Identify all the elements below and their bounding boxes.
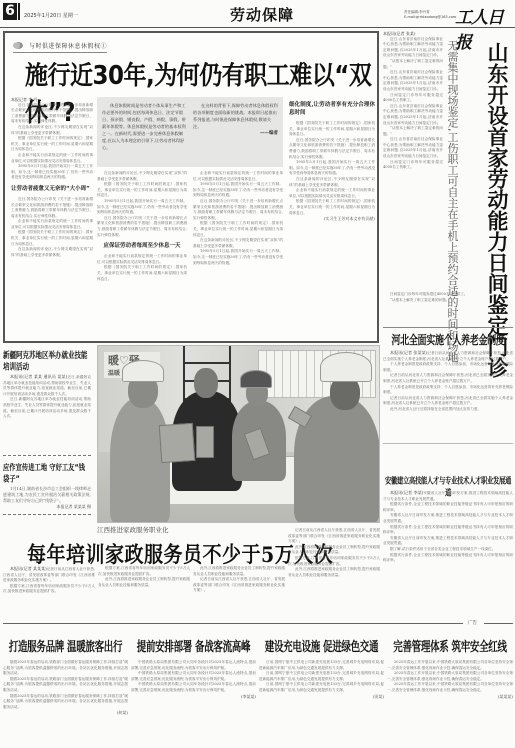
jiangxi-column-2: 根据方案,江西省将每年培训家政服务员不少于5万人次,加快推进家政服务业提质扩容。… <box>98 566 190 610</box>
feature-column-1: 本报记者 李 丹 近日,国务院办公厅印发《关于进一步培育新增长点繁荣文化和旅游消… <box>11 97 93 341</box>
masthead: 6 2025年1月20日 星期一 劳动保障 责任编辑:李丹青 E-mail:gr… <box>0 0 515 28</box>
helmet-icon <box>240 370 272 388</box>
feature-credit: (实习生王芳对本文亦有贡献) <box>289 216 375 222</box>
jiangxi-column-1: 本报讯(记者 某某某)记者日前从江西省人社厅获悉,江西省人社厅、省发展改革委等部… <box>3 566 95 610</box>
series-tag: 与时俱进保障休息休假权① <box>13 41 107 53</box>
page-number: 6 <box>3 3 17 20</box>
editors-note: 休息休假时间是劳动者个体从事生产和工作必要外的时间,包括每周休息日、法定节假日、… <box>97 97 283 167</box>
news-photo: 暖♡驿 温暖 <box>97 345 380 523</box>
editors-note-right: 在这样的背景下,保障劳动者休息休假权利的各项制度也面临新的挑战。本报即日起推出系… <box>193 102 278 130</box>
helmet-icon <box>122 360 164 382</box>
bottom-headline-4: 完善管理体系 筑牢安全红线 <box>387 636 513 655</box>
xinjiang-body: 本报讯(记者 某某 通讯员 某某)近日,新疆阿克苏地区举办就业技能培训活动,帮助… <box>3 374 91 462</box>
anhui-article-body: 本报讯(记者 李某)安徽省人社厅日前印发方案,推进工程技术领域高技能人才与专业技… <box>383 490 513 615</box>
section-title: 劳动保障 <box>230 4 294 25</box>
editor-info: 责任编辑:李丹青 E-mail:grrblaodong@163.com <box>404 10 456 20</box>
leaflet <box>159 423 196 463</box>
feature-column-2: 在这条新闻的评论区,不少网友期望在实现“双休”的基础上享受更多带薪休假。 根据《… <box>97 171 187 341</box>
divider <box>383 327 513 328</box>
ad-label: 广告 <box>468 620 477 626</box>
union-brief-headline: 应作宣传进工地 守好工友“钱袋子” <box>3 462 91 485</box>
bottom-article-4: 2025年春运工作开展以来,中国铁路太原局集团有限公司各单位坚持安全第一,完善安… <box>387 660 513 745</box>
jiangxi-column-3: 此外,江西将推进家政服务企业员工制转型,提升家政服务从业人员职业技能和服务质量。… <box>193 566 285 610</box>
shandong-article-tail: 日间鉴定门诊每年可服务超过4000名工伤职工。 “从根本上解决了职工鉴定难的问题… <box>383 292 513 324</box>
bottom-headline-2: 提前安排部署 备战客流高峰 <box>131 636 256 655</box>
hebei-headline: 河北全面实施个人养老金制度 <box>383 331 513 348</box>
bottom-article-2: 中国铁路太原局集团有限公司大同车务段针对2025年春运人流特点,提前部署,完善应… <box>131 660 256 745</box>
bottom-article-3: 日前,国网宁夏中卫供电公司新建充电桩133台,完善城乡充电网络布局,促进新能源汽… <box>259 660 384 745</box>
leaflet <box>196 426 214 458</box>
feature-column-3: 企业和不能实行前款规定的统一工作时间的事业单位,可以根据实际情况灵活安排周休息日… <box>193 171 283 341</box>
helmet-icon <box>320 352 372 382</box>
subhead-2: 应保证劳动者每周至少休息一天 <box>97 242 187 250</box>
xinjiang-headline: 新疆阿克苏地区举办就业技能培训活动 <box>3 350 91 373</box>
union-brief-body: 1月14日,湖南省长沙市总工会组织一线律师走进建筑工地,为农民工宣传根治欠薪相关… <box>3 486 91 520</box>
union-brief-credit: 本报记者 某某某 摄 <box>3 504 91 510</box>
shandong-article-body: 本报讯(记者 张某) 近日,山东省济南市社会保险事业中心获悉,为帮助职工解决劳动… <box>383 31 443 287</box>
xinjiang-brief: 新疆阿克苏地区举办就业技能培训活动 本报讯(记者 某某 通讯员 某某)近日,新疆… <box>3 350 91 462</box>
ad-divider <box>3 623 463 624</box>
union-brief: 应作宣传进工地 守好工友“钱袋子” 1月14日,湖南省长沙市总工会组织一线律师走… <box>3 455 91 515</box>
photo-caption: 江西推进家政服务职业化 <box>97 525 169 534</box>
feature-column-4: 细化制度,让劳动者享有充分合理休息时间 根据《国务院关于职工工作时间的规定》,国… <box>289 97 375 341</box>
divider <box>383 443 513 444</box>
series-bullet-icon <box>13 42 23 49</box>
editors-note-left: 休息休假时间是劳动者个体从事生产和工作必要外的时间,包括每周休息日、法定节假日、… <box>102 102 187 151</box>
jiangxi-column-4: 记者日前从江西省人社厅获悉,江西省人社厅、省发展改革委等部门联合印发《江西省推进… <box>288 528 380 610</box>
bottom-headline-3: 建设充电设施 促进绿色交通 <box>259 636 384 655</box>
issue-date: 2025年1月20日 星期一 <box>24 12 78 19</box>
series-label: 与时俱进保障休息休假权① <box>29 41 107 50</box>
subhead-3: 细化制度,让劳动者享有充分合理休息时间 <box>289 101 375 117</box>
bottom-article-1: 随着2025年春运的启动,铁路部门全面做好春运服务保障工作,持续打造“暖心服务”… <box>3 660 128 745</box>
ad-divider <box>484 623 513 624</box>
bottom-headline-1: 打造服务品牌 温暖旅客出行 <box>3 636 128 655</box>
page-number-bar <box>18 3 20 20</box>
subhead-1: 让劳动者疲惫又无奈的“大小周” <box>11 185 93 193</box>
feature-article: 与时俱进保障休息休假权① 施行近30年,为何仍有职工难以“双休”? 本报记者 李… <box>3 31 379 343</box>
editors-note-signature: ——编者 <box>193 130 278 137</box>
hebei-article-body: 本报讯(记者 张某某)记者日前从河北省人力资源和社会保障厅获悉,河北省已全面实施… <box>383 350 513 442</box>
editor-email: E-mail:grrblaodong@163.com <box>404 15 456 20</box>
